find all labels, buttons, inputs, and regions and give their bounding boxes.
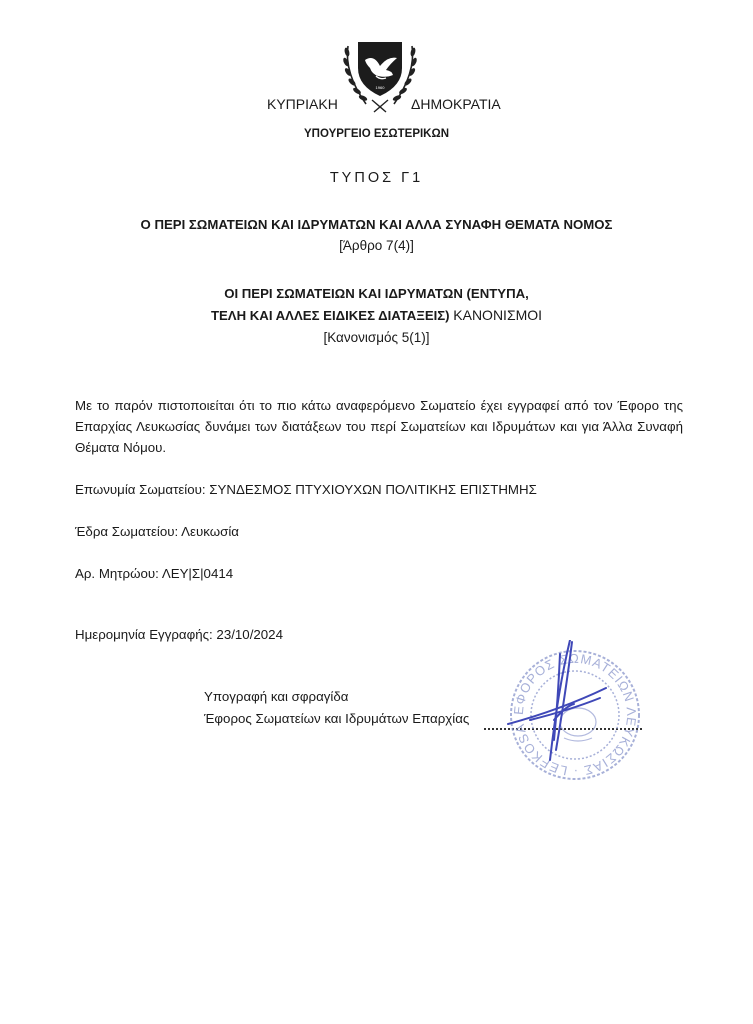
regulations-article: [Κανονισμός 5(1)] xyxy=(0,330,753,345)
association-name-field: Επωνυμία Σωματείου: ΣΥΝΔΕΣΜΟΣ ΠΤΥΧΙΟΥΧΩΝ… xyxy=(75,482,537,497)
republic-label-right: ΔΗΜΟΚΡΑΤΙΑ xyxy=(411,96,501,112)
svg-text:1960: 1960 xyxy=(376,85,386,90)
association-seat-field: Έδρα Σωματείου: Λευκωσία xyxy=(75,524,239,539)
registry-number-field: Αρ. Μητρώου: ΛΕΥ|Σ|0414 xyxy=(75,566,233,581)
law-article: [Άρθρο 7(4)] xyxy=(0,238,753,253)
registration-date-field: Ημερομηνία Εγγραφής: 23/10/2024 xyxy=(75,627,283,642)
republic-label-left: ΚΥΠΡΙΑΚΗ xyxy=(267,96,338,112)
signature-label: Υπογραφή και σφραγίδα xyxy=(204,689,348,704)
regulations-title-line1: ΟΙ ΠΕΡΙ ΣΩΜΑΤΕΙΩΝ ΚΑΙ ΙΔΡΥΜΑΤΩΝ (ΕΝΤΥΠΑ, xyxy=(0,286,753,301)
regulations-title-bold: ΤΕΛΗ ΚΑΙ ΑΛΛΕΣ ΕΙΔΙΚΕΣ ΔΙΑΤΑΞΕΙΣ) xyxy=(211,308,450,323)
regulations-title-line2: ΤΕΛΗ ΚΑΙ ΑΛΛΕΣ ΕΙΔΙΚΕΣ ΔΙΑΤΑΞΕΙΣ) ΚΑΝΟΝΙ… xyxy=(0,307,753,323)
certification-paragraph: Με το παρόν πιστοποιείται ότι το πιο κάτ… xyxy=(75,395,683,458)
form-code: ΤΥΠΟΣ Γ1 xyxy=(0,170,753,186)
registrar-title: Έφορος Σωματείων και Ιδρυμάτων Επαρχίας xyxy=(204,711,469,726)
regulations-title-normal: ΚΑΝΟΝΙΣΜΟΙ xyxy=(453,307,542,323)
ministry-name: ΥΠΟΥΡΓΕΙΟ ΕΣΩΤΕΡΙΚΩΝ xyxy=(0,128,753,140)
official-stamp-icon: ΕΦΟΡΟΣ ΣΩΜΑΤΕΙΩΝ ΛΕΥΚΩΣΙΑΣ · LEFKOSA KAZ… xyxy=(500,640,650,790)
law-title: Ο ΠΕΡΙ ΣΩΜΑΤΕΙΩΝ ΚΑΙ ΙΔΡΥΜΑΤΩΝ ΚΑΙ ΑΛΛΑ … xyxy=(0,217,753,232)
